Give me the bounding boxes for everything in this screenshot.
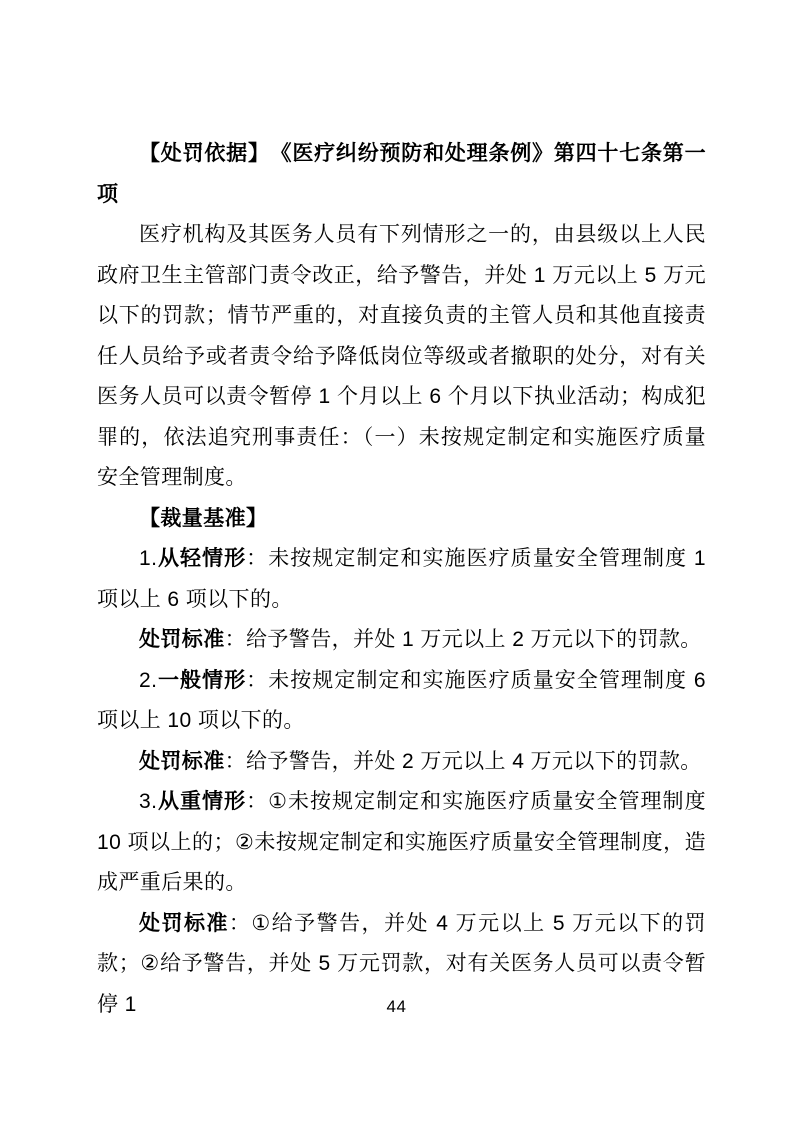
heavy-circumstance-paragraph: 3.从重情形：①未按规定制定和实施医疗质量安全管理制度 10 项以上的；②未按规… <box>97 782 706 904</box>
document-page: 【处罚依据】 《医疗纠纷预防和处理条例》第四十七条第一项医疗机构及其医务人员有下… <box>0 0 793 1122</box>
general-penalty-standard-paragraph: 处罚标准：给予警告，并处 2 万元以上 4 万元以下的罚款。 <box>97 742 706 783</box>
bold-text-run: 【裁量基准】 <box>139 507 267 530</box>
penalty-basis-heading: 【处罚依据】 《医疗纠纷预防和处理条例》第四十七条第一项 <box>97 134 706 215</box>
bold-text-run: 处罚标准 <box>139 750 225 773</box>
bold-text-run: 从重情形 <box>157 790 246 813</box>
text-run: 1. <box>139 547 157 570</box>
bold-text-run: 一般情形 <box>157 669 246 692</box>
text-run: 3. <box>139 790 157 813</box>
document-content: 【处罚依据】 《医疗纠纷预防和处理条例》第四十七条第一项医疗机构及其医务人员有下… <box>97 134 706 1025</box>
light-circumstance-paragraph: 1.从轻情形：未按规定制定和实施医疗质量安全管理制度 1 项以上 6 项以下的。 <box>97 539 706 620</box>
text-run: ：给予警告，并处 2 万元以上 4 万元以下的罚款。 <box>225 750 702 773</box>
bold-text-run: 从轻情形 <box>157 547 246 570</box>
text-run: 2. <box>139 669 157 692</box>
light-penalty-standard-paragraph: 处罚标准：给予警告，并处 1 万元以上 2 万元以下的罚款。 <box>97 620 706 661</box>
article-body-paragraph: 医疗机构及其医务人员有下列情形之一的，由县级以上人民政府卫生主管部门责令改正，给… <box>97 215 706 499</box>
bold-text-run: 处罚标准 <box>139 912 229 935</box>
discretion-benchmark-heading: 【裁量基准】 <box>97 499 706 540</box>
general-circumstance-paragraph: 2.一般情形：未按规定制定和实施医疗质量安全管理制度 6 项以上 10 项以下的… <box>97 661 706 742</box>
text-run: ：给予警告，并处 1 万元以上 2 万元以下的罚款。 <box>225 628 702 651</box>
page-number: 44 <box>0 997 793 1017</box>
bold-text-run: 【处罚依据】 《医疗纠纷预防和处理条例》第四十七条第一项 <box>97 142 706 206</box>
bold-text-run: 处罚标准 <box>139 628 225 651</box>
text-run: 医疗机构及其医务人员有下列情形之一的，由县级以上人民政府卫生主管部门责令改正，给… <box>97 223 706 489</box>
